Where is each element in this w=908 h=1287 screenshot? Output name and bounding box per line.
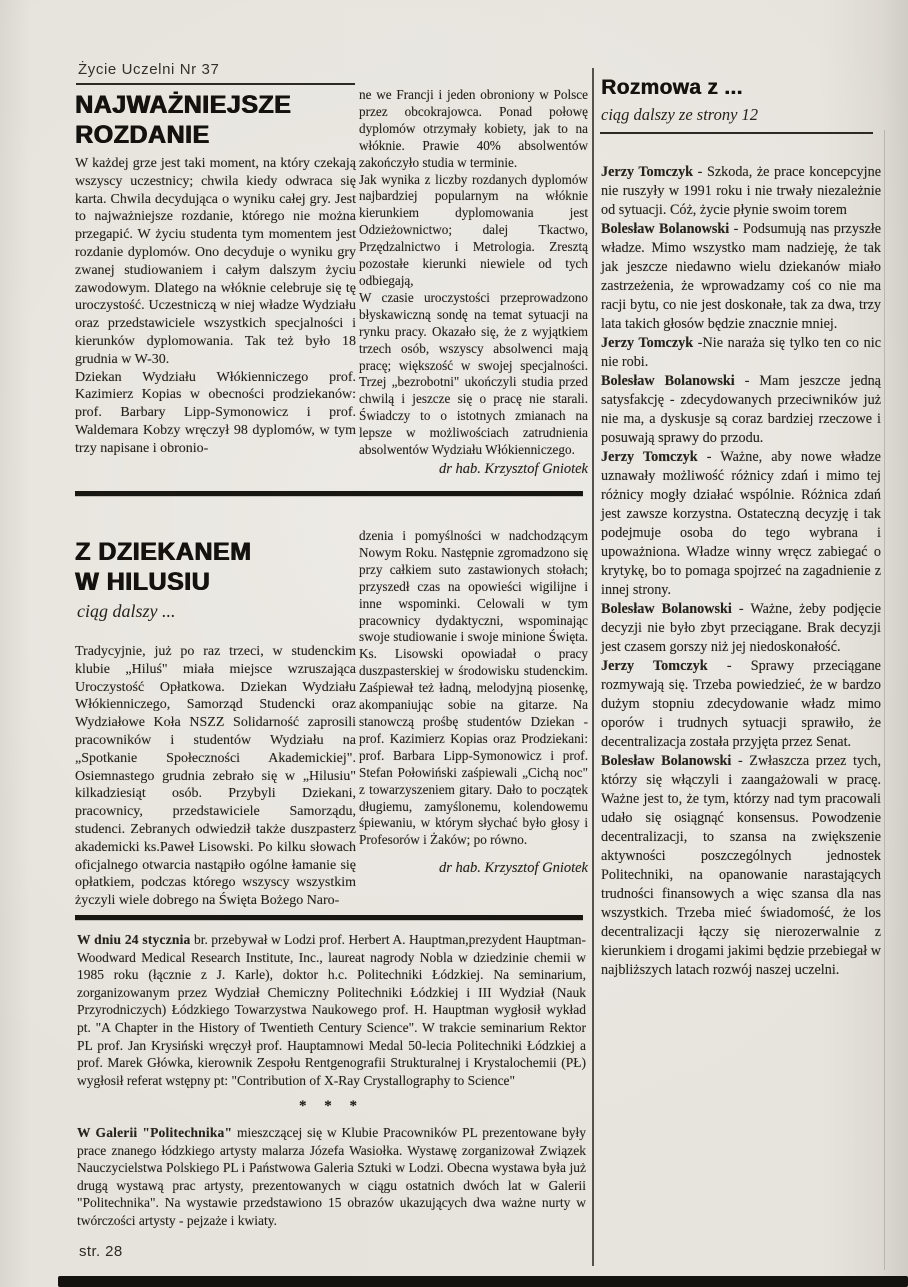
interview-paragraph: Jerzy Tomczyk - Sprawy przeciągane rozmy… [601, 657, 881, 752]
article1-paragraph: ne we Francji i jeden obroniony w Polsce… [359, 87, 588, 172]
speaker-name: Bolesław Bolanowski [601, 753, 731, 769]
scan-bottom-bar [58, 1276, 908, 1287]
article1-title-line1: NAJWAŻNIEJSZE [75, 90, 375, 120]
speaker-quote: - Zwłaszcza przez tych, którzy się włącz… [601, 753, 881, 978]
interview-header-rule [600, 132, 873, 134]
interview-body: Jerzy Tomczyk - Szkoda, że prace koncepc… [601, 163, 881, 980]
article2-column1: Tradycyjnie, już po raz trzeci, w studen… [75, 643, 356, 910]
masthead: Życie Uczelni Nr 37 [78, 61, 219, 78]
speaker-name: Jerzy Tomczyk [601, 658, 708, 674]
article1-paragraph: Jak wynika z liczby rozdanych dyplomów n… [359, 172, 588, 290]
article2-signature: dr hab. Krzysztof Gniotek [359, 860, 596, 877]
page-number: str. 28 [79, 1243, 123, 1260]
note-galeria-text: mieszczącej się w Klubie Pracowników PL … [77, 1125, 586, 1228]
note-galeria: W Galerii "Politechnika" mieszczącej się… [77, 1124, 586, 1230]
scan-edge-line [884, 130, 885, 1270]
article1-title-line2: ROZDANIE [75, 120, 375, 150]
interview-paragraph: Jerzy Tomczyk - Ważne, aby nowe władze u… [601, 448, 881, 600]
interview-paragraph: Bolesław Bolanowski - Zwłaszcza przez ty… [601, 752, 881, 980]
speaker-name: Jerzy Tomczyk [601, 164, 693, 180]
article1-signature: dr hab. Krzysztof Gniotek [359, 461, 596, 478]
news-notes: W dniu 24 stycznia br. przebywał w Lodzi… [77, 931, 586, 1230]
speaker-name: Jerzy Tomczyk [601, 449, 698, 465]
masthead-rule [76, 83, 355, 85]
article1-title: NAJWAŻNIEJSZE ROZDANIE [75, 90, 375, 150]
article2-title-line1: Z DZIEKANEM [75, 537, 375, 567]
interview-paragraph: Jerzy Tomczyk - Szkoda, że prace koncepc… [601, 163, 881, 220]
notes-divider-rule [75, 915, 583, 920]
note-hauptman-lead: W dniu 24 stycznia [77, 932, 191, 947]
speaker-quote: - Ważne, aby nowe władze uznawały możliw… [601, 449, 881, 598]
article2-title: Z DZIEKANEM W HILUSIU [75, 537, 375, 597]
article1-column2: ne we Francji i jeden obroniony w Polsce… [359, 87, 588, 459]
interview-subtitle: ciąg dalszy ze strony 12 [601, 105, 758, 125]
stars-separator: * * * [77, 1098, 586, 1116]
section-divider-rule [75, 491, 583, 496]
interview-paragraph: Jerzy Tomczyk -Nie naraża się tylko ten … [601, 334, 881, 372]
article2-subtitle: ciąg dalszy ... [77, 601, 176, 622]
interview-title: Rozmowa z ... [601, 76, 743, 100]
article1-paragraph: W każdej grze jest taki moment, na który… [75, 155, 356, 369]
article2-paragraph: dzenia i pomyślności w nadchodzącym Nowy… [359, 528, 588, 849]
speaker-quote: - Podsumują nas przyszłe władze. Mimo ws… [601, 221, 881, 332]
speaker-name: Bolesław Bolanowski [601, 373, 735, 389]
speaker-name: Jerzy Tomczyk [601, 335, 693, 351]
speaker-name: Bolesław Bolanowski [601, 221, 729, 237]
article1-paragraph: Dziekan Wydziału Włókienniczego prof. Ka… [75, 369, 356, 458]
article1-column1: W każdej grze jest taki moment, na który… [75, 155, 356, 458]
note-hauptman: W dniu 24 stycznia br. przebywał w Lodzi… [77, 931, 586, 1089]
interview-paragraph: Bolesław Bolanowski - Podsumują nas przy… [601, 220, 881, 334]
article1-paragraph: W czasie uroczystości przeprowadzono bły… [359, 290, 588, 459]
newsletter-page-scan: Życie Uczelni Nr 37 NAJWAŻNIEJSZE ROZDAN… [0, 0, 908, 1287]
article2-column2: dzenia i pomyślności w nadchodzącym Nowy… [359, 528, 588, 849]
article2-paragraph: Tradycyjnie, już po raz trzeci, w studen… [75, 643, 356, 910]
speaker-name: Bolesław Bolanowski [601, 601, 732, 617]
note-galeria-lead: W Galerii "Politechnika" [77, 1125, 232, 1140]
interview-paragraph: Bolesław Bolanowski - Mam jeszcze jedną … [601, 372, 881, 448]
column-divider-rule [592, 68, 594, 1266]
interview-paragraph: Bolesław Bolanowski - Ważne, żeby podjęc… [601, 600, 881, 657]
note-hauptman-text: br. przebywał w Lodzi prof. Herbert A. H… [77, 932, 586, 1088]
article2-title-line2: W HILUSIU [75, 567, 375, 597]
